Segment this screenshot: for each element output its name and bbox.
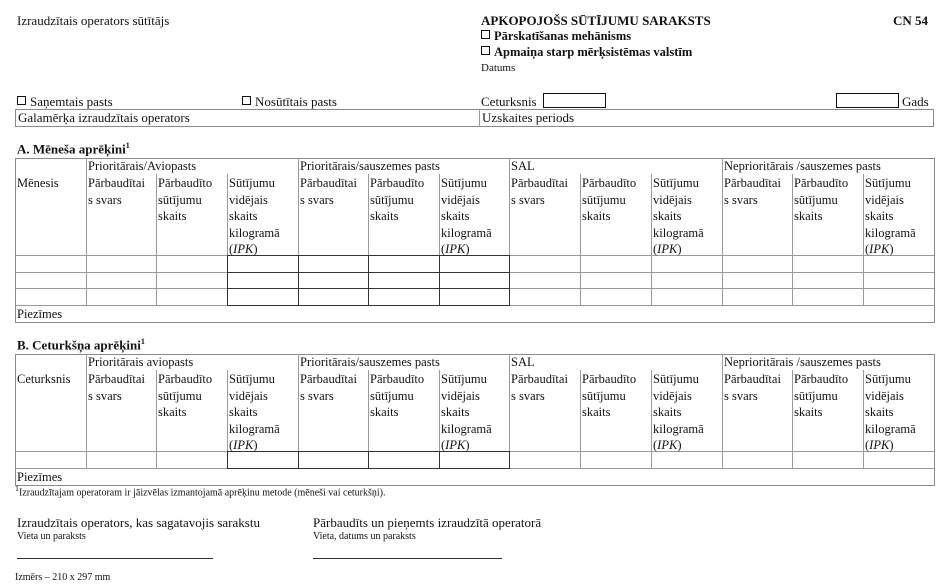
table-cell[interactable] [16,452,86,468]
table-cell[interactable] [793,256,863,272]
table-cell[interactable] [440,273,509,289]
column-group-header: Neprioritārais /sauszemes pasts [724,354,881,371]
table-cell[interactable] [652,273,722,289]
subcolumn-header: Sūtījumuvidējaisskaitskilogramā(IPK) [653,371,704,454]
received-mail-option[interactable]: Saņemtais pasts [17,94,113,110]
year-input[interactable] [836,93,899,108]
subcolumn-header: Sūtījumuvidējaisskaitskilogramā(IPK) [441,175,492,258]
table-cell[interactable] [723,452,792,468]
table-cell[interactable] [157,273,227,289]
table-cell[interactable] [652,256,722,272]
column-group-header: Prioritārais/sauszemes pasts [300,158,440,175]
table-cell[interactable] [864,452,934,468]
table-cell[interactable] [652,289,722,305]
subcolumn-header: Pārbaudīto sūtījumu skaits [582,175,636,225]
subcolumn-header: Pārbaudītai s svars [300,371,357,404]
table-cell[interactable] [299,273,368,289]
subcolumn-header: Pārbaudīto sūtījumu skaits [158,175,212,225]
subcolumn-header: Sūtījumuvidējaisskaitskilogramā(IPK) [229,175,280,258]
footnote: 1Izraudzītajam operatoram ir jāizvēlas i… [15,484,386,498]
table-cell[interactable] [440,289,509,305]
form-title: APKOPOJOŠS SŪTĪJUMU SARAKSTS [481,13,711,29]
table-cell[interactable] [793,452,863,468]
table-cell[interactable] [440,452,509,468]
table-cell[interactable] [87,256,156,272]
table-cell[interactable] [228,452,298,468]
subcolumn-header: Pārbaudīto sūtījumu skaits [370,175,424,225]
table-cell[interactable] [510,289,580,305]
subcolumn-header: Pārbaudītai s svars [88,175,145,208]
table-cell[interactable] [864,256,934,272]
destination-operator-field[interactable]: Galamērķa izraudzītais operators [18,110,190,126]
column-group-header: Prioritārais/Aviopasts [88,158,196,175]
checkbox-icon[interactable] [17,96,26,105]
table-cell[interactable] [793,273,863,289]
table-cell[interactable] [369,289,439,305]
table-cell[interactable] [87,273,156,289]
table-cell[interactable] [16,256,86,272]
table-cell[interactable] [723,273,792,289]
subcolumn-header: Sūtījumuvidējaisskaitskilogramā(IPK) [653,175,704,258]
year-label: Gads [902,94,929,110]
subcolumn-header: Pārbaudīto sūtījumu skaits [794,175,848,225]
left-signature-sub: Vieta un paraksts [17,531,86,542]
table-cell[interactable] [510,273,580,289]
column-group-header: SAL [511,354,535,371]
table-cell[interactable] [87,452,156,468]
subcolumn-header: Pārbaudītai s svars [300,175,357,208]
table-cell[interactable] [864,273,934,289]
row-label-header: Ceturksnis [17,371,70,388]
table-cell[interactable] [157,289,227,305]
table-cell[interactable] [581,452,651,468]
table-cell[interactable] [299,452,368,468]
right-signature-title: Pārbaudīts un pieņemts izraudzītā operat… [313,515,541,531]
section-a-title: A. Mēneša aprēķini1 [17,141,130,157]
subcolumn-header: Sūtījumuvidējaisskaitskilogramā(IPK) [865,175,916,258]
table-cell[interactable] [510,452,580,468]
checkbox-icon[interactable] [481,46,490,55]
received-mail-label: Saņemtais pasts [30,94,113,109]
form-code: CN 54 [893,13,928,29]
notes-field[interactable]: Piezīmes [17,306,62,323]
table-cell[interactable] [581,256,651,272]
subcolumn-header: Pārbaudīto sūtījumu skaits [158,371,212,421]
table-cell[interactable] [228,289,298,305]
subcolumn-header: Pārbaudīto sūtījumu skaits [794,371,848,421]
subcolumn-header: Pārbaudītai s svars [511,371,568,404]
subcolumn-header: Pārbaudītai s svars [511,175,568,208]
table-cell[interactable] [581,273,651,289]
size-note: Izmērs – 210 x 297 mm [15,572,110,583]
table-cell[interactable] [864,289,934,305]
option-exchange-label: Apmaiņa starp mērķsistēmas valstīm [494,45,692,59]
left-signature-line[interactable] [17,558,213,559]
subcolumn-header: Sūtījumuvidējaisskaitskilogramā(IPK) [441,371,492,454]
checkbox-icon[interactable] [481,30,490,39]
section-b-title: B. Ceturkšņa aprēķini1 [17,337,145,353]
table-cell[interactable] [440,256,509,272]
table-cell[interactable] [793,289,863,305]
table-cell[interactable] [157,452,227,468]
column-group-header: Neprioritārais /sauszemes pasts [724,158,881,175]
table-cell[interactable] [299,256,368,272]
subcolumn-header: Sūtījumuvidējaisskaitskilogramā(IPK) [229,371,280,454]
accounting-period-field[interactable]: Uzskaites periods [482,110,574,126]
quarter-input[interactable] [543,93,606,108]
table-cell[interactable] [16,289,86,305]
checkbox-icon[interactable] [242,96,251,105]
quarter-label: Ceturksnis [481,94,537,110]
option-review-mechanism[interactable]: Pārskatīšanas mehānisms [481,29,631,44]
table-cell[interactable] [299,289,368,305]
table-cell[interactable] [510,256,580,272]
sender-operator-label: Izraudzītais operators sūtītājs [17,13,169,29]
table-cell[interactable] [16,273,86,289]
column-group-header: SAL [511,158,535,175]
subcolumn-header: Pārbaudīto sūtījumu skaits [370,371,424,421]
subcolumn-header: Pārbaudīto sūtījumu skaits [582,371,636,421]
right-signature-sub: Vieta, datums un paraksts [313,531,416,542]
option-review-label: Pārskatīšanas mehānisms [494,29,631,43]
right-signature-line[interactable] [313,558,502,559]
table-cell[interactable] [87,289,156,305]
table-cell[interactable] [581,289,651,305]
option-exchange[interactable]: Apmaiņa starp mērķsistēmas valstīm [481,45,692,60]
table-cell[interactable] [723,256,792,272]
column-group-header: Prioritārais aviopasts [88,354,193,371]
subcolumn-header: Pārbaudītai s svars [724,175,781,208]
table-cell[interactable] [228,256,298,272]
table-cell[interactable] [723,289,792,305]
row-label-header: Mēnesis [17,175,59,192]
subcolumn-header: Sūtījumuvidējaisskaitskilogramā(IPK) [865,371,916,454]
table-cell[interactable] [369,452,439,468]
sent-mail-label: Nosūtītais pasts [255,94,337,109]
column-group-header: Prioritārais/sauszemes pasts [300,354,440,371]
table-cell[interactable] [652,452,722,468]
subcolumn-header: Pārbaudītai s svars [88,371,145,404]
table-cell[interactable] [369,256,439,272]
table-cell[interactable] [157,256,227,272]
table-cell[interactable] [228,273,298,289]
subcolumn-header: Pārbaudītai s svars [724,371,781,404]
left-signature-title: Izraudzītais operators, kas sagatavojis … [17,515,260,531]
sent-mail-option[interactable]: Nosūtītais pasts [242,94,337,110]
table-cell[interactable] [369,273,439,289]
date-label: Datums [481,62,515,74]
